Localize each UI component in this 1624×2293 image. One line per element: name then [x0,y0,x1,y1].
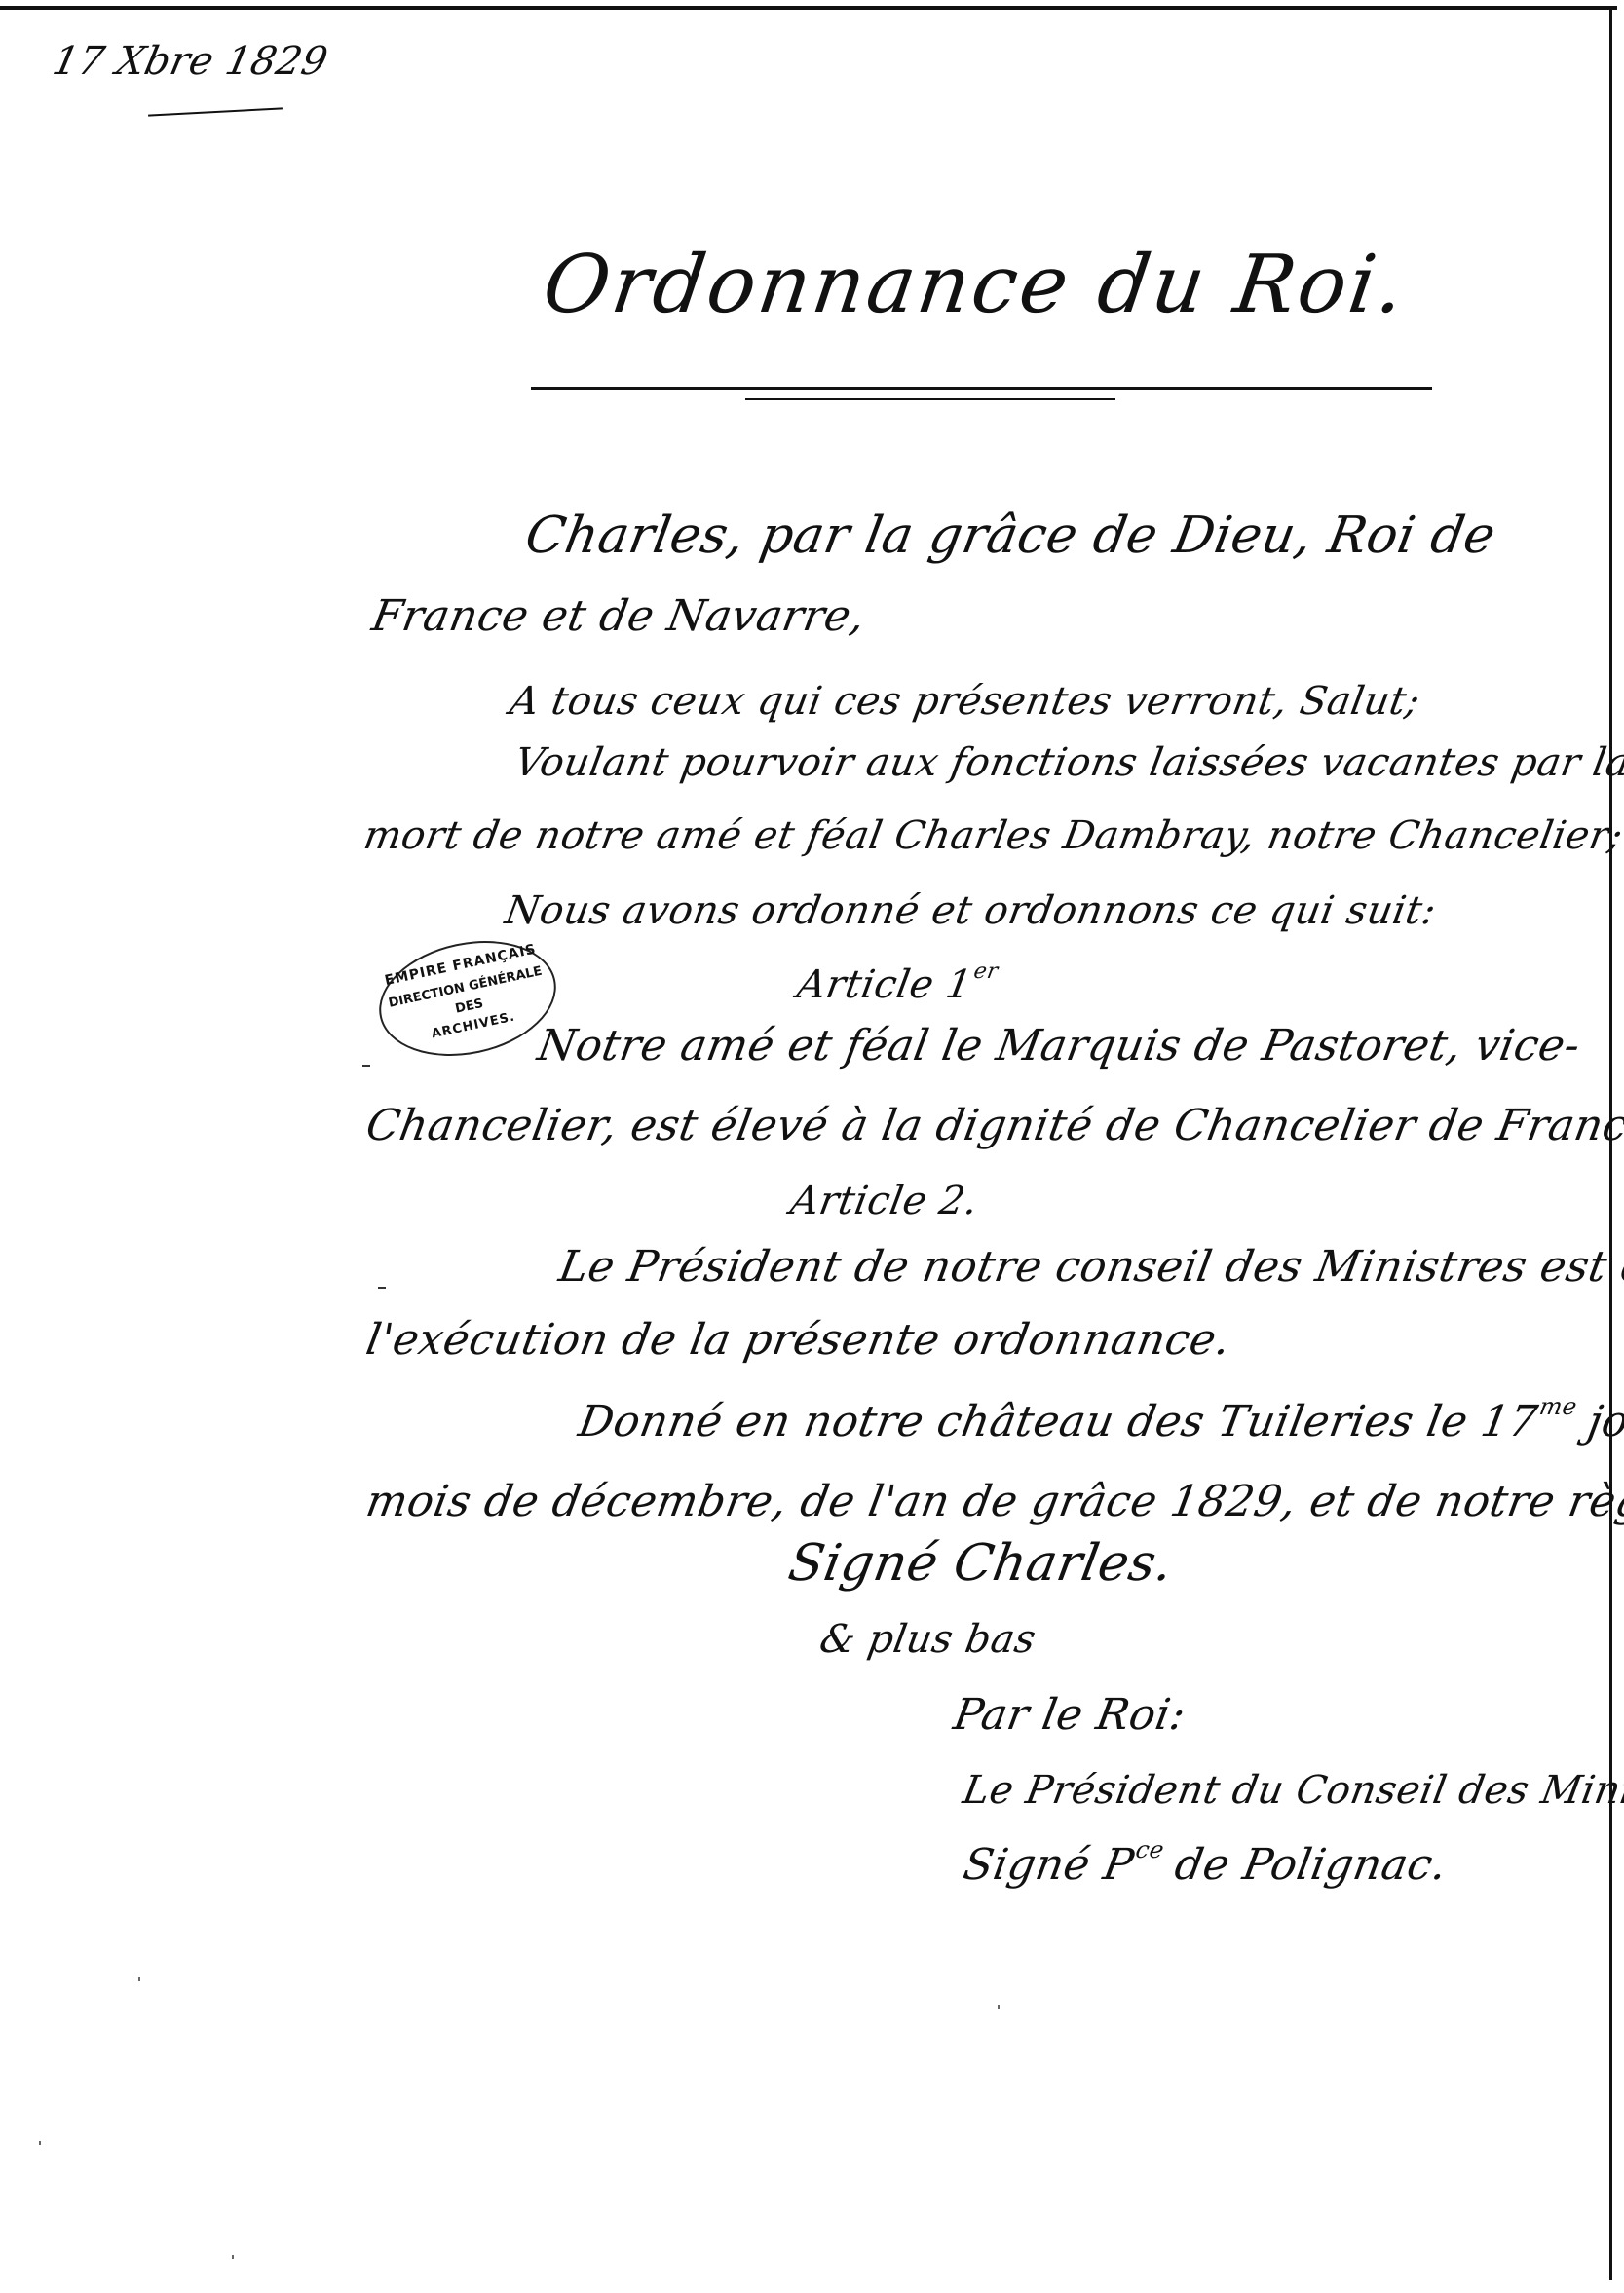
scan-speck [39,2141,41,2145]
recital-line-2: mort de notre amé et féal Charles Dambra… [360,813,1624,858]
scan-speck [138,1977,140,1981]
king-signature: Signé Charles. [784,1534,1178,1593]
article-2-line-1: Le Président de notre conseil des Minist… [555,1242,1624,1292]
countersign-title: Le Président du Conseil des Ministres [960,1768,1624,1813]
article-2-line-2: l'exécution de la présente ordonnance. [362,1315,1234,1365]
preamble-line-2: France et de Navarre, [368,591,869,641]
scan-speck [998,2005,1000,2009]
preamble-line-1: Charles, par la grâce de Dieu, Roi de [521,507,1500,565]
article-1-heading: Article 1er [794,959,1001,1007]
enacting-clause: Nous avons ordonné et ordonnons ce qui s… [502,888,1440,933]
document-title: Ordonnance du Roi. [538,239,1413,331]
title-rule [531,387,1432,390]
dating-line-1: Donné en notre château des Tuileries le … [575,1393,1624,1447]
scan-border-top [0,6,1617,10]
document-page: 17 Xbre 1829 Ordonnance du Roi. Charles,… [0,0,1624,2293]
salutation-line: A tous ceux qui ces présentes verront, S… [507,679,1423,724]
article-2-heading: Article 2. [787,1179,982,1223]
recital-line-1: Voulant pourvoir aux fonctions laissées … [511,740,1624,785]
countersign-signature: Signé Pce de Polignac. [960,1836,1452,1890]
par-le-roi: Par le Roi: [950,1690,1190,1740]
archival-date-note: 17 Xbre 1829 [49,39,332,84]
margin-mark [362,1065,370,1067]
dating-line-2: mois de décembre, de l'an de grâce 1829,… [362,1473,1624,1526]
article-1-line-1: Notre amé et féal le Marquis de Pastoret… [534,1021,1584,1071]
title-rule-short [745,398,1115,400]
archival-note-underline [148,107,283,116]
margin-mark [378,1287,386,1289]
article-1-line-2: Chancelier, est élevé à la dignité de Ch… [362,1101,1624,1150]
scan-speck [232,2255,234,2259]
plus-bas: & plus bas [816,1617,1039,1662]
